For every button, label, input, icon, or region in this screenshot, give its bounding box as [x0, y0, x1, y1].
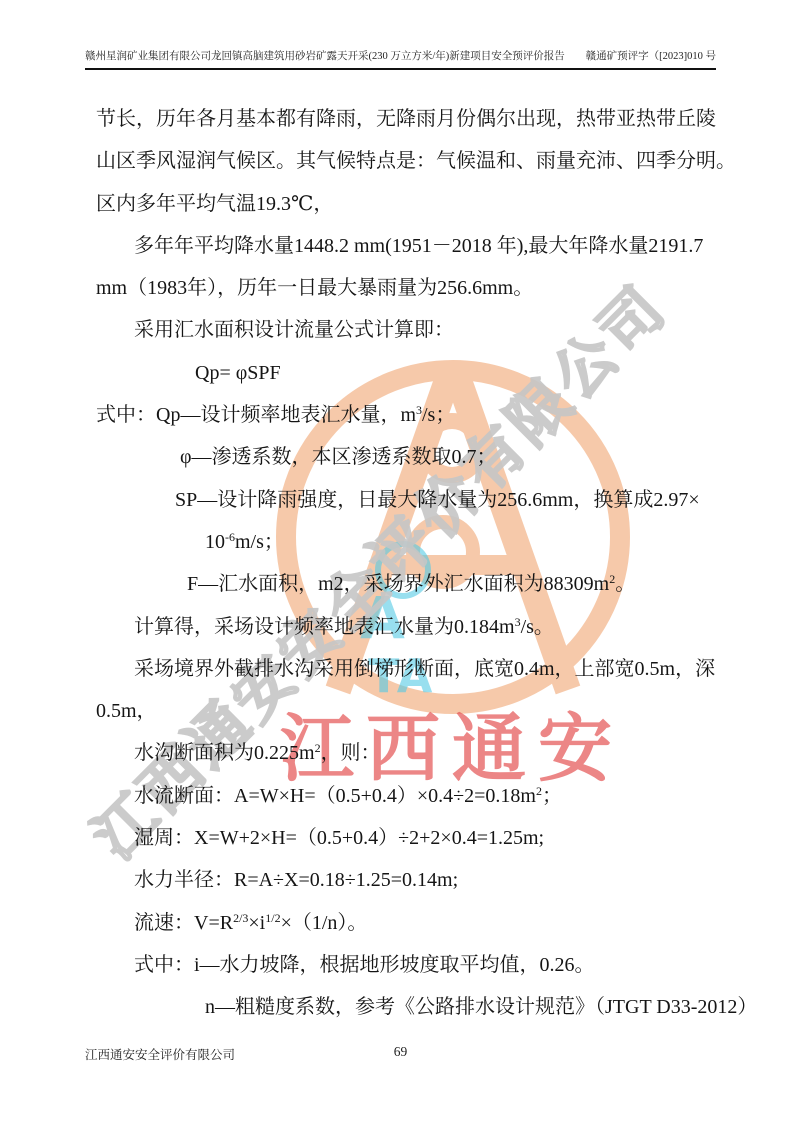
body-line: 式中：i—水力坡降，根据地形坡度取平均值，0.26。	[96, 944, 718, 986]
document-page: A TA 江西通安安全评价有限公司 江西通安 赣州星润矿业集团有限公司龙回镇高脑…	[0, 0, 800, 1131]
body-line: 采用汇水面积设计流量公式计算即：	[96, 309, 718, 351]
text-run: 式中：i—水力坡降，根据地形坡度取平均值，0.26。	[134, 954, 595, 976]
text-run: m/s；	[235, 531, 284, 553]
text-run: n—粗糙度系数，参考《公路排水设计规范》（JTGT D33-2012）	[205, 996, 757, 1018]
body-line: 式中：Qp—设计频率地表汇水量，m3/s；	[96, 394, 718, 436]
text-run: SP—设计降雨强度，日最大降水量为256.6mm，换算成2.97×	[175, 489, 700, 511]
body-line: F—汇水面积，m2，采场界外汇水面积为88309m2。	[96, 563, 718, 605]
text-run: 多年年平均降水量1448.2 mm(1951－2018 年),最大年降水量219…	[134, 235, 703, 257]
text-run: F—汇水面积，m2，采场界外汇水面积为88309m	[187, 573, 609, 595]
text-run: 10	[205, 531, 225, 553]
text-run: 湿周：X=W+2×H=（0.5+0.4）÷2+2×0.4=1.25m;	[134, 827, 544, 849]
body-line: 多年年平均降水量1448.2 mm(1951－2018 年),最大年降水量219…	[96, 225, 718, 267]
header-doc-number: 赣通矿预评字（[2023]010 号	[586, 48, 716, 63]
body-line: 水沟断面积为0.225m2，则：	[96, 732, 718, 774]
text-run: 水力半径：R=A÷X=0.18÷1.25=0.14m;	[134, 869, 458, 891]
text-run: 山区季风湿润气候区。其气候特点是：气候温和、雨量充沛、四季分明。	[96, 150, 736, 172]
superscript: 1/2	[265, 911, 280, 925]
text-run: 区内多年平均气温19.3℃，	[96, 193, 333, 215]
page-header: 赣州星润矿业集团有限公司龙回镇高脑建筑用砂岩矿露天开采(230 万立方米/年)新…	[85, 48, 716, 70]
text-run: φ—渗透系数，本区渗透系数取0.7；	[180, 446, 497, 468]
superscript: -6	[225, 530, 235, 544]
text-run: ，则：	[321, 742, 381, 764]
text-run: mm（1983年），历年一日最大暴雨量为256.6mm。	[96, 277, 533, 299]
text-run: 采用汇水面积设计流量公式计算即：	[134, 319, 454, 341]
text-run: 流速：V=R	[134, 912, 233, 934]
body-line: 区内多年平均气温19.3℃，	[96, 183, 718, 225]
body-line: SP—设计降雨强度，日最大降水量为256.6mm，换算成2.97×	[96, 479, 718, 521]
text-run: ；	[542, 785, 562, 807]
body-text: 节长，历年各月基本都有降雨，无降雨月份偶尔出现，热带亚热带丘陵 山区季风湿润气候…	[96, 98, 718, 1029]
body-line: 水力半径：R=A÷X=0.18÷1.25=0.14m;	[96, 859, 718, 901]
body-line: mm（1983年），历年一日最大暴雨量为256.6mm。	[96, 267, 718, 309]
text-run: 水沟断面积为0.225m	[134, 742, 315, 764]
text-run: 水流断面：A=W×H=（0.5+0.4）×0.4÷2=0.18m	[134, 785, 536, 807]
text-run: 节长，历年各月基本都有降雨，无降雨月份偶尔出现，热带亚热带丘陵	[96, 108, 716, 130]
text-run: ×（1/n）。	[281, 912, 368, 934]
text-run: Qp= φSPF	[195, 362, 281, 384]
text-run: /s。	[521, 616, 554, 638]
footer-page-number: 69	[85, 1044, 716, 1060]
body-line: 10-6m/s；	[96, 521, 718, 563]
text-run: /s；	[422, 404, 455, 426]
body-line: n—粗糙度系数，参考《公路排水设计规范》（JTGT D33-2012）	[96, 986, 718, 1028]
text-run: 式中：Qp—设计频率地表汇水量，m	[96, 404, 416, 426]
text-run: 计算得，采场设计频率地表汇水量为0.184m	[134, 616, 515, 638]
body-line: 计算得，采场设计频率地表汇水量为0.184m3/s。	[96, 606, 718, 648]
body-line: 采场境界外截排水沟采用倒梯形断面，底宽0.4m，上部宽0.5m，深	[96, 648, 718, 690]
body-line: 山区季风湿润气候区。其气候特点是：气候温和、雨量充沛、四季分明。	[96, 140, 718, 182]
body-line: φ—渗透系数，本区渗透系数取0.7；	[96, 436, 718, 478]
header-report-title: 赣州星润矿业集团有限公司龙回镇高脑建筑用砂岩矿露天开采(230 万立方米/年)新…	[85, 48, 565, 63]
text-run: ×i	[248, 912, 265, 934]
body-line: 湿周：X=W+2×H=（0.5+0.4）÷2+2×0.4=1.25m;	[96, 817, 718, 859]
text-run: 采场境界外截排水沟采用倒梯形断面，底宽0.4m，上部宽0.5m，深	[134, 658, 715, 680]
text-run: 。	[615, 573, 635, 595]
formula-line: Qp= φSPF	[96, 352, 718, 394]
body-line: 0.5m，	[96, 690, 718, 732]
superscript: 2/3	[233, 911, 248, 925]
body-line: 节长，历年各月基本都有降雨，无降雨月份偶尔出现，热带亚热带丘陵	[96, 98, 718, 140]
body-line: 水流断面：A=W×H=（0.5+0.4）×0.4÷2=0.18m2；	[96, 775, 718, 817]
text-run: 0.5m，	[96, 700, 157, 722]
body-line: 流速：V=R2/3×i1/2×（1/n）。	[96, 902, 718, 944]
page-footer: 江西通安安全评价有限公司 69	[85, 1042, 716, 1064]
